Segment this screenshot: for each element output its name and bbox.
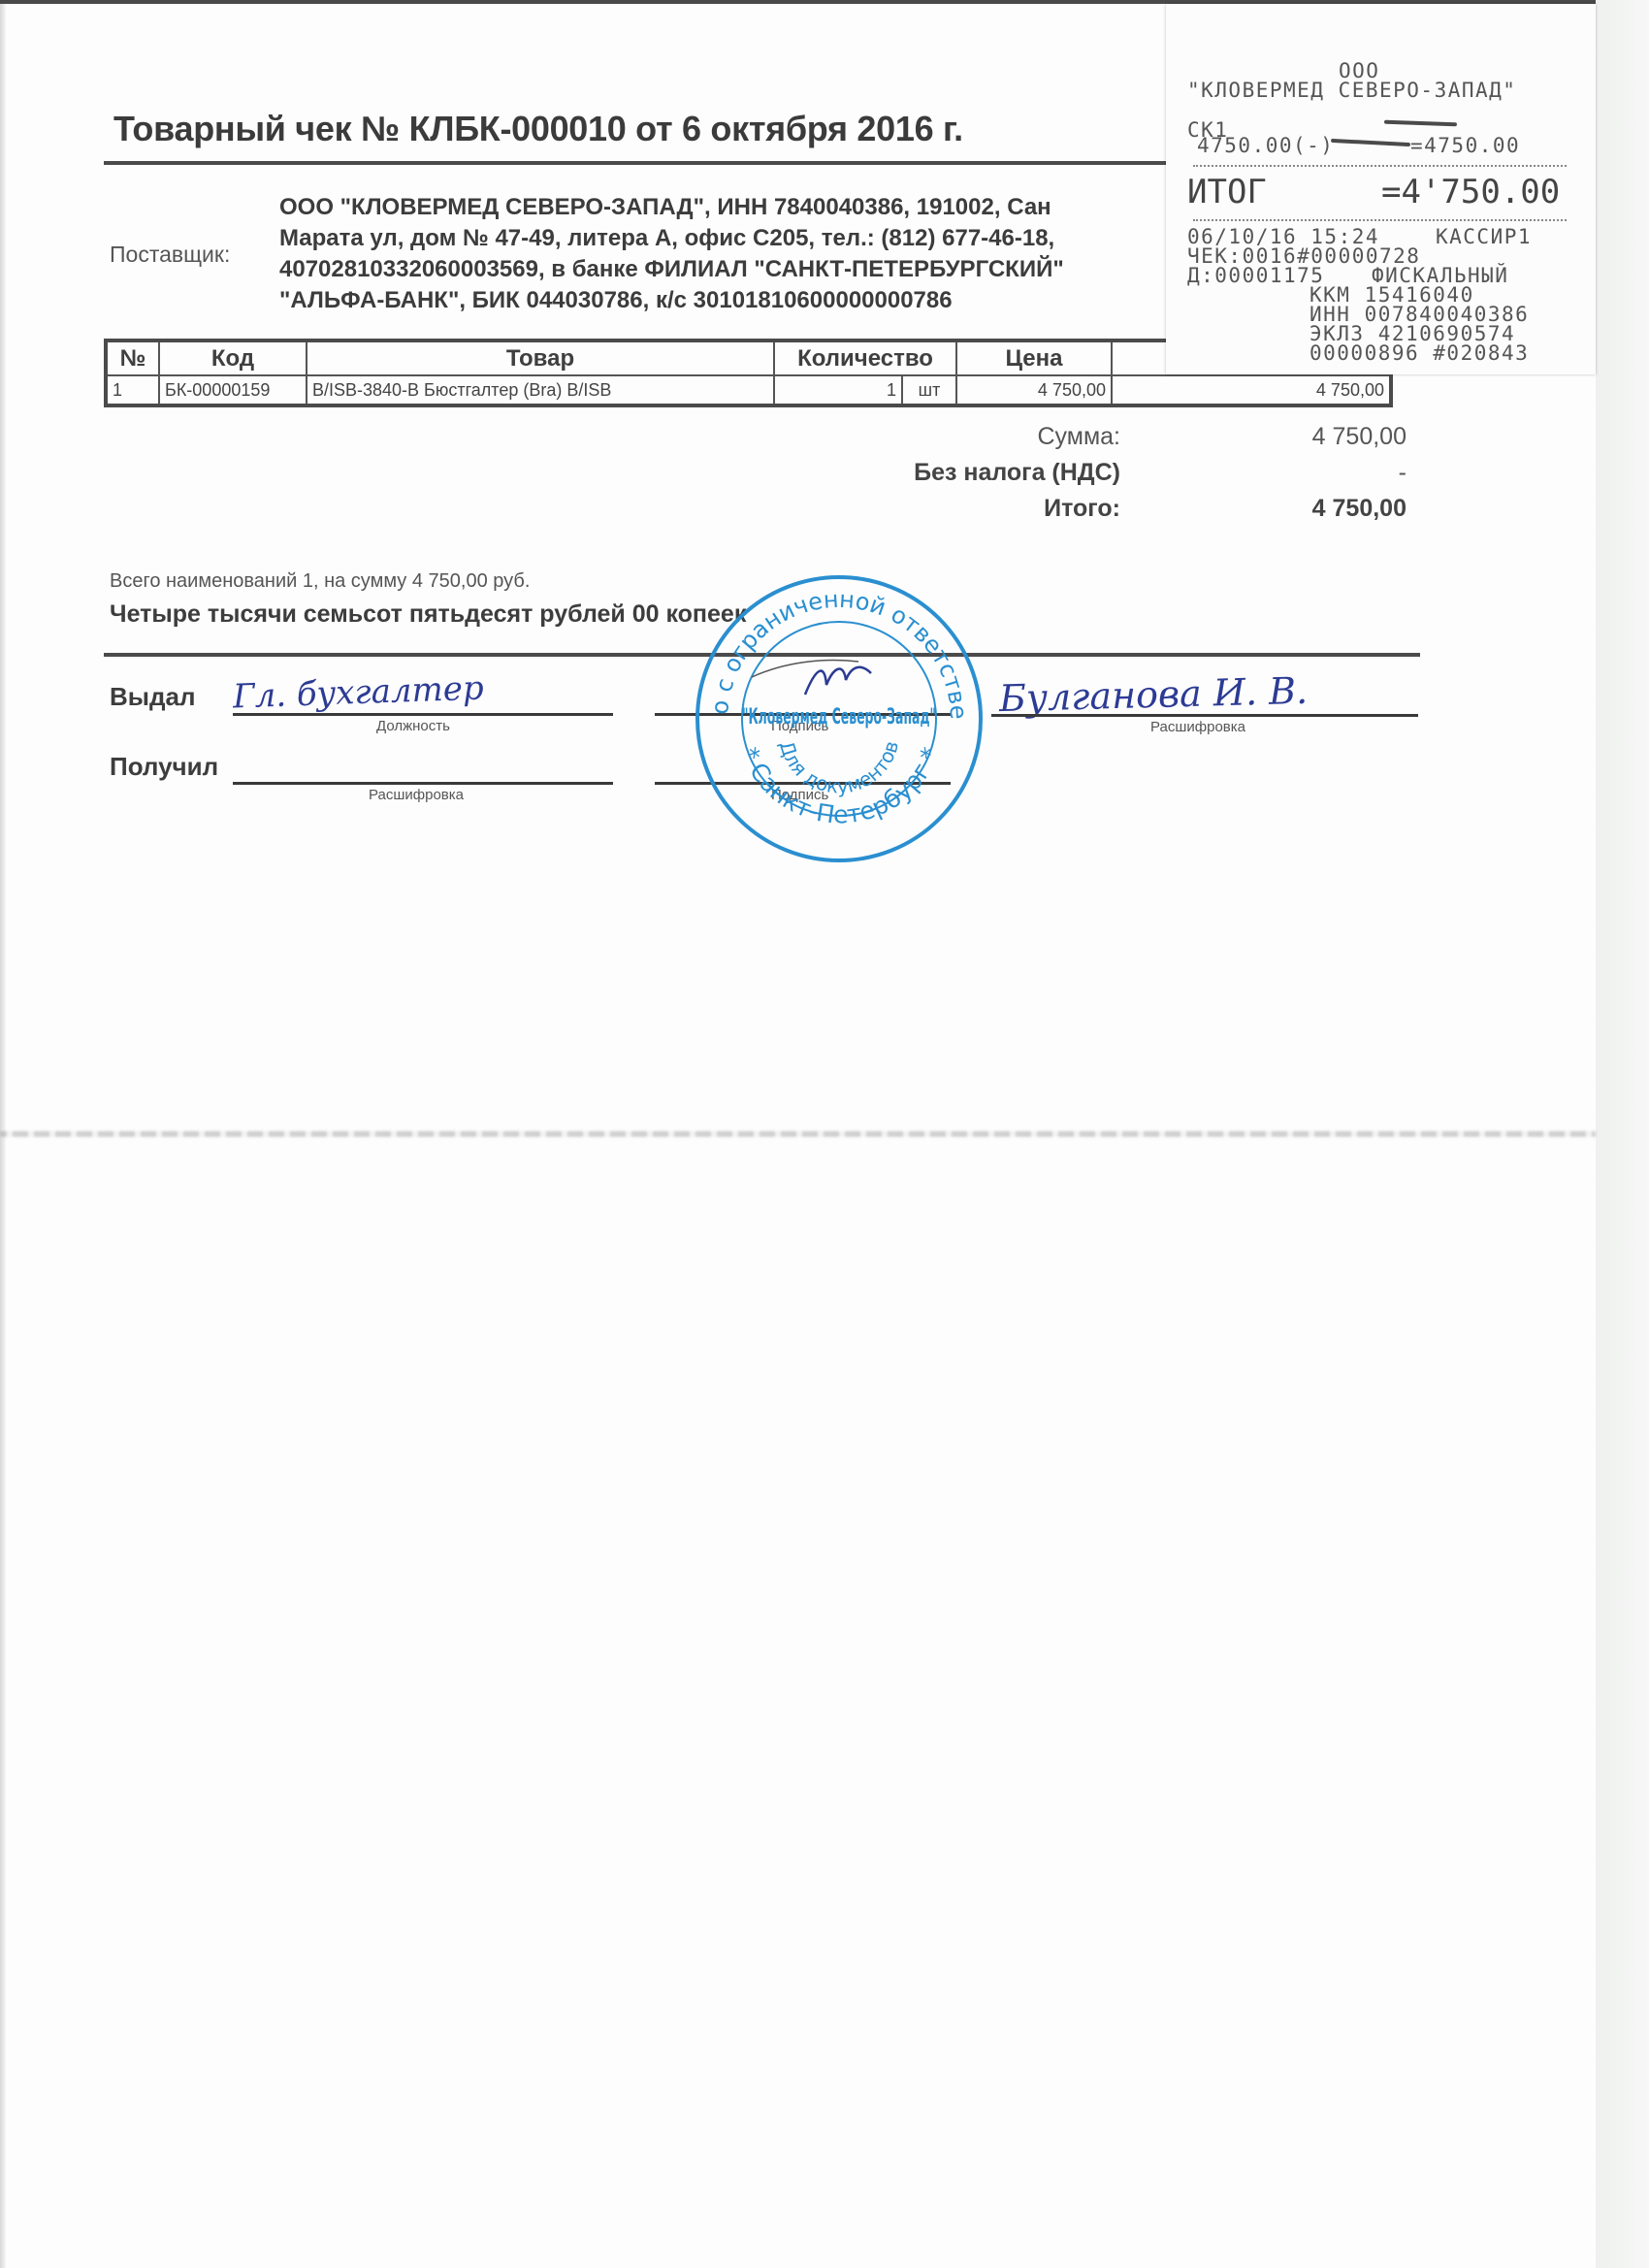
totals-total-row: Итого: 4 750,00: [854, 491, 1406, 527]
tax-value: -: [1120, 459, 1406, 487]
position-caption: Должность: [376, 718, 450, 734]
header-num: №: [106, 340, 159, 375]
supplier-line: ООО "КЛОВЕРМЕД СЕВЕРО-ЗАПАД", ИНН 784004…: [279, 192, 1172, 223]
received-label: Получил: [110, 752, 218, 782]
totals-tax-row: Без налога (НДС) -: [854, 455, 1406, 491]
receipt-doc-number: Д:00001175: [1187, 264, 1324, 287]
receipt-item-left: 4750.00(-): [1197, 134, 1334, 157]
cell-sum: 4 750,00: [1112, 375, 1391, 405]
supplier-label: Поставщик:: [110, 242, 230, 268]
paper-fold-line: [0, 1131, 1596, 1137]
header-code: Код: [159, 340, 307, 375]
signature-stroke: [752, 661, 858, 677]
issued-decoding-line: [991, 714, 1418, 717]
totals-sum-row: Сумма: 4 750,00: [854, 419, 1406, 455]
decoding-caption: Расшифровка: [1150, 719, 1245, 735]
company-stamp: Общество с ограниченной ответственностью…: [689, 568, 989, 869]
director-signature: [805, 667, 871, 695]
cell-code: БК-00000159: [159, 375, 307, 405]
table-row: 1 БК-00000159 B/ISB-3840-B Бюстгалтер (B…: [106, 375, 1391, 405]
cell-unit: шт: [902, 375, 956, 405]
title-divider: [104, 161, 1166, 165]
total-label: Итого:: [854, 495, 1120, 523]
header-qty: Количество: [774, 340, 956, 375]
receipt-divider: [1193, 165, 1567, 167]
receipt-divider: [1193, 219, 1567, 221]
cash-register-receipt: ООО "КЛОВЕРМЕД СЕВЕРО-ЗАПАД" СК1 4750.00…: [1166, 4, 1596, 374]
header-name: Товар: [307, 340, 774, 375]
receipt-total-value: =4'750.00: [1381, 173, 1560, 211]
items-count-line: Всего наименований 1, на сумму 4 750,00 …: [110, 570, 530, 593]
cell-name: B/ISB-3840-B Бюстгалтер (Bra) B/ISB: [307, 375, 774, 405]
supplier-line: 40702810332060003569, в банке ФИЛИАЛ "СА…: [279, 254, 1172, 285]
pen-strike-mark: [1384, 120, 1457, 127]
receipt-cashier: КАССИР1: [1436, 225, 1532, 248]
totals-block: Сумма: 4 750,00 Без налога (НДС) - Итого…: [854, 419, 1406, 527]
issued-position-handwritten: Гл. бухгалтер: [232, 668, 484, 716]
total-value: 4 750,00: [1120, 495, 1406, 523]
cell-price: 4 750,00: [956, 375, 1112, 405]
supplier-details: ООО "КЛОВЕРМЕД СЕВЕРО-ЗАПАД", ИНН 784004…: [279, 192, 1172, 316]
document-title: Товарный чек № КЛБК-000010 от 6 октября …: [113, 109, 963, 149]
stamp-outer-text: Общество с ограниченной ответственностью: [689, 568, 972, 720]
receipt-last-line: 00000896 #020843: [1309, 341, 1529, 365]
receipt-org-line2: "КЛОВЕРМЕД СЕВЕРО-ЗАПАД": [1187, 79, 1516, 102]
issued-label: Выдал: [110, 682, 195, 712]
header-price: Цена: [956, 340, 1112, 375]
supplier-line: "АЛЬФА-БАНК", БИК 044030786, к/с 3010181…: [279, 285, 1172, 316]
cell-qty: 1: [774, 375, 902, 405]
receipt-item-right: =4750.00: [1410, 134, 1520, 157]
tax-label: Без налога (НДС): [854, 459, 1120, 487]
sum-label: Сумма:: [854, 423, 1120, 451]
received-decoding-caption: Расшифровка: [369, 787, 464, 803]
issued-name-handwritten: Булганова И. В.: [998, 669, 1308, 720]
receipt-total-label: ИТОГ: [1187, 173, 1267, 211]
stamp-center-text: "Кловермед Северо-Запад": [742, 705, 936, 729]
cell-num: 1: [106, 375, 159, 405]
sum-value: 4 750,00: [1120, 423, 1406, 451]
issued-position-line: [233, 713, 613, 716]
amount-in-words: Четыре тысячи семьсот пятьдесят рублей 0…: [110, 600, 746, 629]
received-decoding-line: [233, 782, 613, 785]
supplier-line: Марата ул, дом № 47-49, литера А, офис С…: [279, 223, 1172, 254]
pen-strike-mark: [1331, 139, 1410, 146]
scan-right-edge: [1596, 0, 1649, 2268]
